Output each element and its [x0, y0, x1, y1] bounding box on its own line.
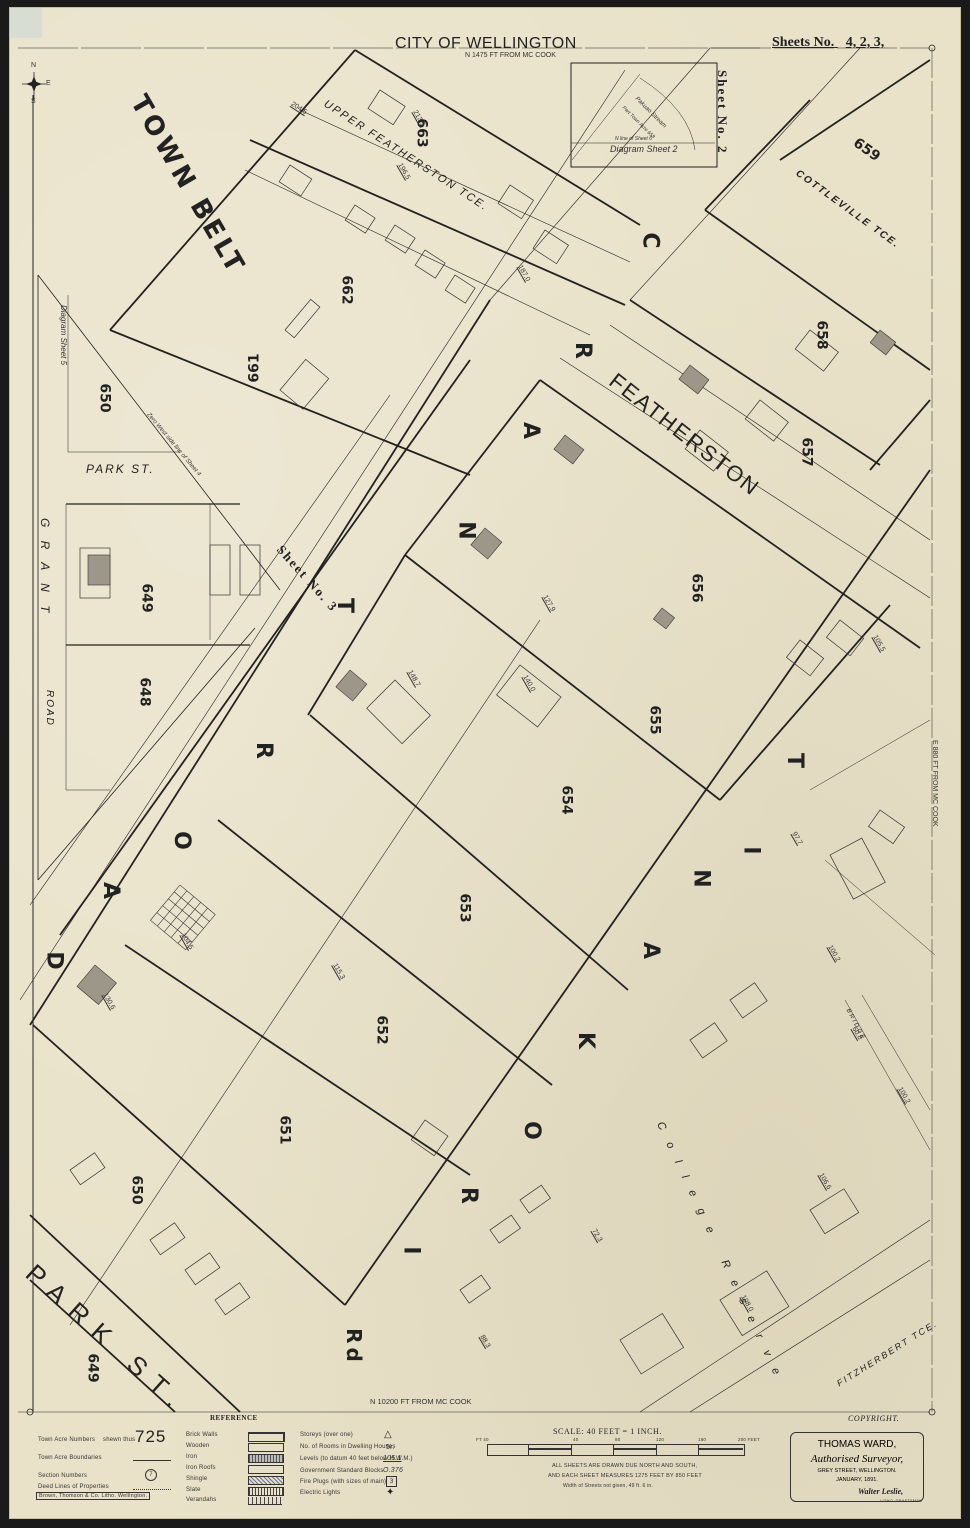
legend-title: REFERENCE: [210, 1414, 258, 1422]
road-letter-d: D: [42, 951, 67, 973]
scale-tick-40-left: FT 40: [476, 1437, 489, 1442]
legend-iron-roofs: Iron Roofs: [186, 1465, 216, 1471]
legend-iron-sample: [248, 1454, 284, 1463]
compass-east: E: [46, 80, 51, 87]
legend-town-acre-numbers: Town Acre Numbers: [38, 1437, 95, 1443]
scale-tick-80: 80: [615, 1437, 620, 1442]
lot-650-top[interactable]: 650: [97, 383, 113, 412]
compass-north: N: [31, 62, 36, 69]
scale-tick-160: 160: [698, 1437, 706, 1442]
legend-section-sample: 7: [145, 1469, 157, 1481]
tinakori-letter-t: T: [782, 753, 807, 772]
surveyor-role: Authorised Surveyor,: [791, 1453, 923, 1465]
signature-role: LITHO. DRAFTSMAN: [880, 1498, 922, 1503]
surveyor-name: THOMAS WARD,: [791, 1439, 923, 1450]
surveyor-date: JANUARY, 1891.: [791, 1477, 923, 1483]
tinakori-letter-c: C: [638, 232, 663, 252]
tinakori-letter-rd: Rd: [342, 1328, 366, 1366]
legend-gov-blocks: Government Standard Blocks: [300, 1468, 384, 1474]
grant-label: G R A N T: [38, 518, 52, 617]
lot-651[interactable]: 651: [277, 1115, 293, 1144]
tinakori-letter-r: R: [456, 1187, 481, 1208]
copyright-label: COPYRIGHT.: [848, 1414, 899, 1423]
tinakori-letter-i: I: [739, 846, 764, 858]
lot-652[interactable]: 652: [374, 1015, 390, 1044]
road-letter-a: A: [518, 422, 543, 443]
tinakori-letter-k: K: [573, 1032, 598, 1053]
road-letter-r2: R: [251, 742, 276, 763]
inset-line: N line of Sheet 6: [615, 136, 652, 142]
compass-south: S: [31, 98, 36, 105]
legend-wooden: Wooden: [186, 1443, 209, 1449]
tinakori-letter-n: N: [689, 869, 714, 891]
lot-653[interactable]: 653: [457, 893, 473, 922]
legend-verandah-sample: [248, 1497, 282, 1505]
road-letter-n: N: [454, 521, 479, 543]
surveyor-cartouche: THOMAS WARD, Authorised Surveyor, GREY S…: [790, 1432, 924, 1502]
sheet-no-2-label: Sheet No. 2: [714, 70, 730, 154]
electric-light-icon: ✦: [386, 1487, 394, 1498]
scale-bar: [487, 1444, 745, 1456]
scale-tick-40: 40: [573, 1437, 578, 1442]
legend-brick-walls: Brick Walls: [186, 1432, 218, 1438]
legend-brick-sample: [248, 1432, 285, 1442]
legend-gov-sample: O.376: [383, 1467, 403, 1474]
lot-655[interactable]: 655: [647, 705, 663, 734]
legend-section-numbers: Section Numbers: [38, 1473, 87, 1479]
legend-storeys: Storeys (over one): [300, 1432, 353, 1438]
road-letter-a2: A: [98, 882, 123, 903]
lot-662[interactable]: 662: [339, 275, 355, 304]
legend-fire-plugs: Fire Plugs (with sizes of main): [300, 1479, 386, 1485]
road-label: ROAD: [44, 690, 55, 727]
legend-town-acre-boundaries: Town Acre Boundaries: [38, 1455, 102, 1461]
signature-name: Walter Leslie,: [858, 1487, 903, 1496]
legend-shingle-sample: [248, 1476, 284, 1485]
lot-648[interactable]: 648: [137, 677, 153, 706]
legend-iron-roofs-sample: [248, 1465, 284, 1474]
sheets-values: 4, 2, 3,: [846, 35, 885, 50]
legend-shewn-thus: shewn thus: [103, 1437, 135, 1443]
legend-slate-sample: [248, 1487, 284, 1496]
tinakori-letter-i2: I: [399, 1246, 424, 1258]
south-reference: N 10200 FT FROM MC COOK: [370, 1397, 472, 1406]
legend-printer: Brown, Thomson & Co. Litho. Wellington.: [36, 1492, 150, 1500]
legend-levels-sample: 105.1: [383, 1455, 402, 1462]
road-letter-r: R: [570, 342, 595, 363]
lot-650-bottom[interactable]: 650: [129, 1175, 145, 1204]
north-reference: N 1475 FT FROM MC COOK: [465, 52, 556, 59]
scale-note-1: ALL SHEETS ARE DRAWN DUE NORTH AND SOUTH…: [552, 1463, 697, 1469]
tinakori-letter-o: O: [519, 1121, 544, 1144]
lot-649-top[interactable]: 649: [139, 583, 155, 612]
legend-verandahs: Verandahs: [186, 1497, 217, 1503]
scale-tick-120: 120: [656, 1437, 664, 1442]
sheets-label: Sheets No.: [772, 35, 834, 50]
legend-deed-lines: Deed Lines of Properties: [38, 1484, 109, 1490]
lot-658[interactable]: 658: [814, 320, 830, 349]
legend-iron: Iron: [186, 1454, 197, 1460]
legend-boundary-line: [133, 1460, 171, 1461]
legend-rooms: No. of Rooms in Dwelling Houses: [300, 1444, 396, 1450]
park-street-top-label: PARK ST.: [86, 462, 155, 476]
storey-triangle-icon: △: [384, 1429, 392, 1440]
lot-649-bottom[interactable]: 649: [85, 1353, 101, 1382]
legend-wooden-sample: [248, 1443, 284, 1452]
road-letter-t: T: [332, 598, 357, 617]
east-reference: E 880 FT FROM MC COOK: [931, 740, 938, 827]
legend-deed-line: [133, 1489, 171, 1490]
scale-tick-200: 200 FEET: [738, 1437, 760, 1442]
lot-661[interactable]: 661: [247, 353, 263, 382]
scale-note-2: AND EACH SHEET MEASURES 1275 FEET BY 850…: [548, 1473, 702, 1479]
fire-plug-icon: 3: [386, 1476, 397, 1487]
sheets-number: Sheets No. 4, 2, 3,: [772, 35, 884, 51]
legend-shingle: Shingle: [186, 1476, 207, 1482]
road-letter-o: O: [169, 831, 194, 854]
lot-657[interactable]: 657: [799, 437, 815, 466]
scale-note-3: Width of Streets not given, 49 ft. 6 in.: [563, 1483, 653, 1489]
map-linework: [0, 0, 970, 1528]
scale-title: SCALE: 40 FEET = 1 INCH.: [553, 1427, 662, 1436]
legend-725-sample: 725: [135, 1427, 166, 1447]
legend-rooms-sample: 5r.: [386, 1444, 394, 1451]
inset-title: Diagram Sheet 2: [610, 144, 678, 154]
diagram-sheet-5-label: Diagram Sheet 5: [59, 305, 68, 365]
lot-656[interactable]: 656: [689, 573, 705, 602]
legend-slate: Slate: [186, 1487, 201, 1493]
lot-654[interactable]: 654: [559, 785, 575, 814]
tinakori-letter-a: A: [638, 942, 663, 963]
surveyor-address: GREY STREET, WELLINGTON.: [791, 1468, 923, 1474]
map-title: CITY OF WELLINGTON: [395, 35, 577, 53]
legend-electric-lights: Electric Lights: [300, 1490, 340, 1496]
